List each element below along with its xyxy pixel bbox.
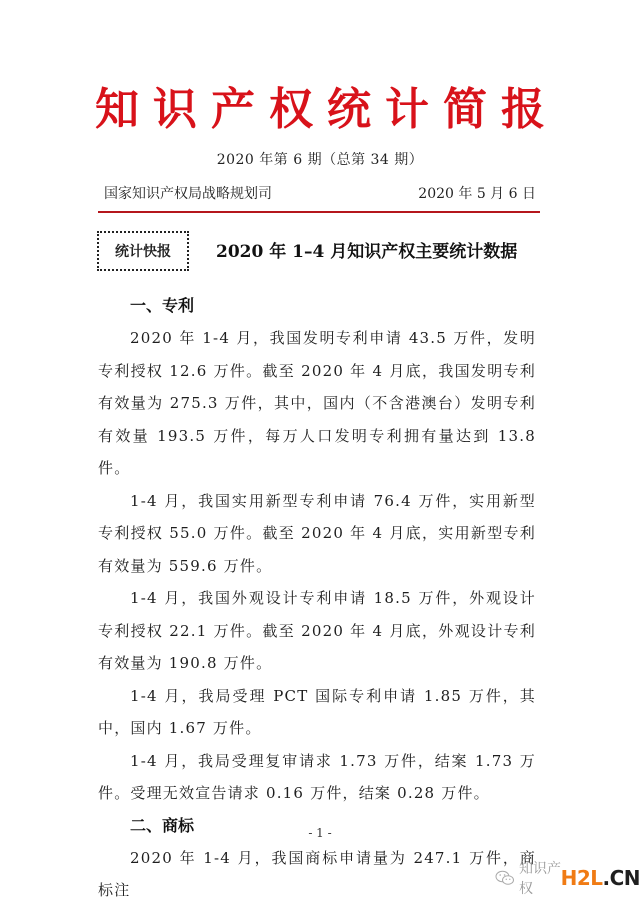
publisher-line: 国家知识产权局战略规划司 2020 年 5 月 6 日 (104, 184, 536, 204)
paragraph: 2020 年 1-4 月，我国商标申请量为 247.1 万件，商标注 (98, 842, 536, 906)
page-number: - 1 - (0, 826, 640, 840)
badge-label: 统计快报 (115, 241, 171, 261)
watermark-brand: H2L.CN (561, 866, 640, 890)
article-body: 一、专利 2020 年 1-4 月，我国发明专利申请 43.5 万件，发明专利授… (98, 290, 536, 906)
article-headline: 2020 年 1–4 月知识产权主要统计数据 (216, 240, 517, 264)
document-page: 知识产权统计简报 2020 年第 6 期（总第 34 期） 国家知识产权局战略规… (0, 0, 640, 906)
masthead-title: 知识产权统计简报 (0, 82, 640, 138)
section-badge: 统计快报 (97, 231, 189, 271)
publisher-organization: 国家知识产权局战略规划司 (104, 184, 272, 204)
wechat-icon (495, 870, 515, 886)
publish-date: 2020 年 5 月 6 日 (418, 184, 536, 204)
section-patents: 一、专利 2020 年 1-4 月，我国发明专利申请 43.5 万件，发明专利授… (98, 290, 536, 810)
issue-number: 2020 年第 6 期（总第 34 期） (0, 150, 640, 170)
header-divider (98, 211, 540, 213)
brand-suffix: .CN (602, 866, 640, 890)
paragraph: 1-4 月，我国外观设计专利申请 18.5 万件，外观设计专利授权 22.1 万… (98, 582, 536, 680)
paragraph: 1-4 月，我局受理复审请求 1.73 万件，结案 1.73 万件。受理无效宣告… (98, 745, 536, 810)
brand-main: H2L (561, 866, 603, 890)
paragraph: 2020 年 1-4 月，我国发明专利申请 43.5 万件，发明专利授权 12.… (98, 322, 536, 485)
paragraph: 1-4 月，我国实用新型专利申请 76.4 万件，实用新型专利授权 55.0 万… (98, 485, 536, 583)
watermark: 知识产权 H2L.CN (495, 866, 640, 890)
section-heading: 一、专利 (98, 290, 536, 322)
paragraph: 1-4 月，我局受理 PCT 国际专利申请 1.85 万件，其中，国内 1.67… (98, 680, 536, 745)
section-trademarks: 二、商标 2020 年 1-4 月，我国商标申请量为 247.1 万件，商标注 (98, 810, 536, 906)
